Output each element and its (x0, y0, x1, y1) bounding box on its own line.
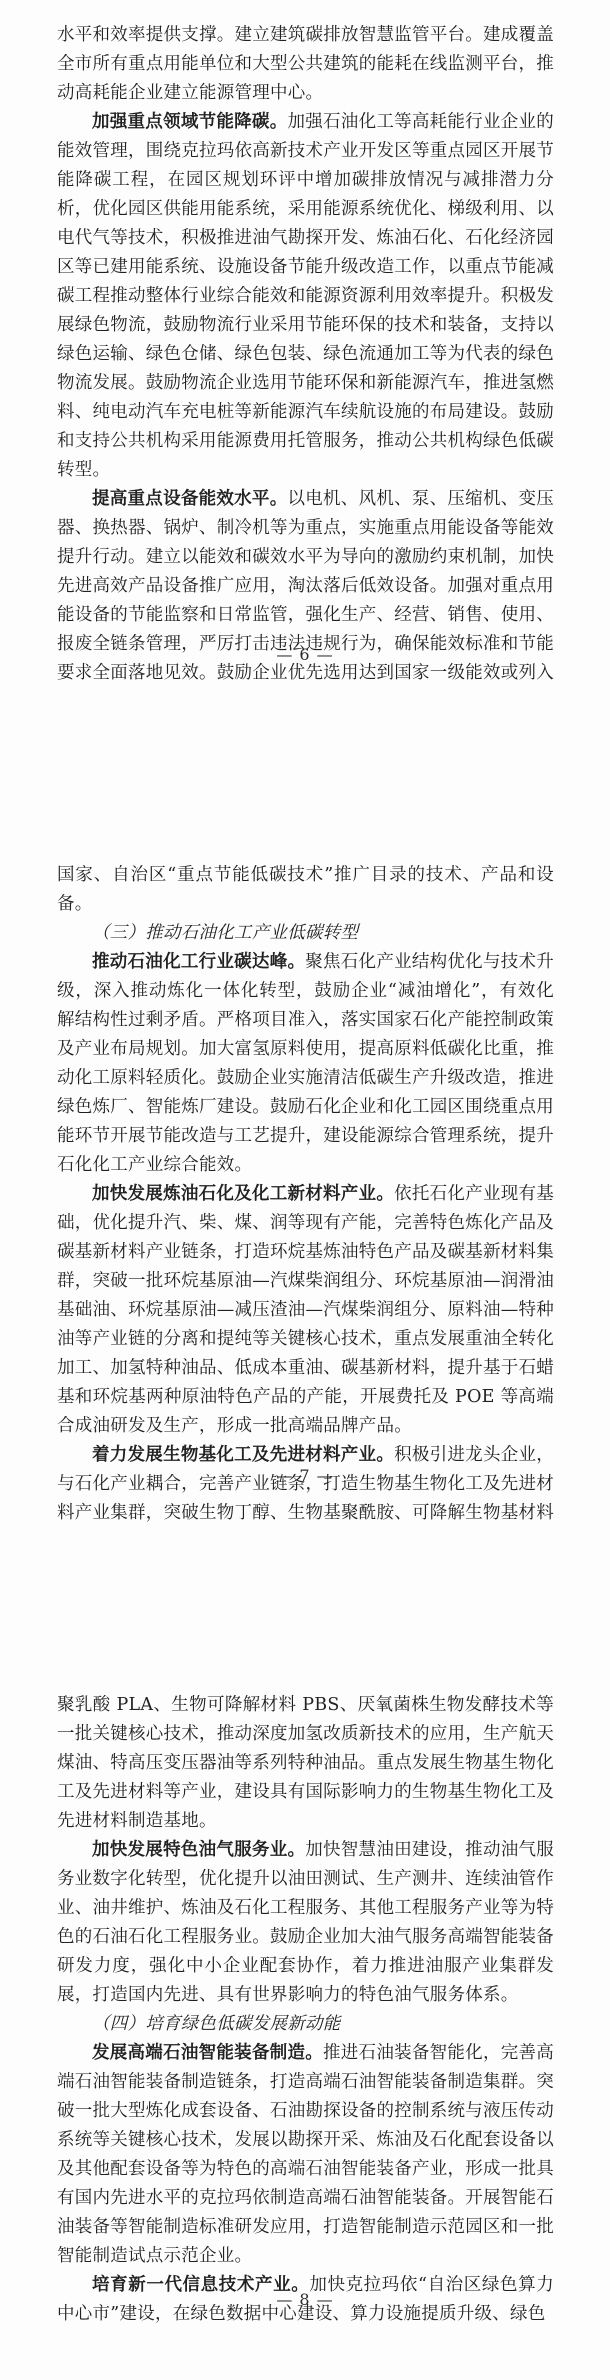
paragraph-text: （四）培育绿色低碳发展新动能 (92, 2014, 341, 2034)
paragraph-lead-bold: 加强重点领域节能降碳。 (92, 112, 287, 132)
paragraph: 水平和效率提供支撑。建立建筑碳排放智慧监管平台。建成覆盖全市所有重点用能单位和大… (57, 21, 554, 108)
paragraph: 国家、自治区“重点节能低碳技术”推广目录的技术、产品和设备。 (57, 861, 554, 919)
document-scroll-view: 水平和效率提供支撑。建立建筑碳排放智慧监管平台。建成覆盖全市所有重点用能单位和大… (0, 0, 610, 2380)
paragraph-text: 依托石化产业现有基础，优化提升汽、柴、煤、润等现有产能，完善特色炼化产品及碳基新… (57, 1184, 554, 1436)
page-7-number: — 7 — (0, 1466, 610, 1485)
paragraph-text: 推进石油装备智能化，完善高端石油智能装备制造链条，打造高端石油智能装备制造集群。… (57, 2043, 554, 2266)
paragraph-text: 水平和效率提供支撑。建立建筑碳排放智慧监管平台。建成覆盖全市所有重点用能单位和大… (57, 25, 554, 103)
paragraph-lead-bold: 推动石油化工行业碳达峰。 (92, 952, 305, 972)
paragraph: 推动石油化工行业碳达峰。聚焦石化产业结构优化与技术升级，深入推动炼化一体化转型，… (57, 948, 554, 1180)
paragraph-lead-bold: 提高重点设备能效水平。 (92, 489, 287, 509)
page-6-number: — 6 — (0, 645, 610, 664)
paragraph-lead-bold: 加快发展特色油气服务业。 (92, 1840, 305, 1860)
paragraph-lead-bold: 发展高端石油智能装备制造。 (92, 2043, 323, 2063)
paragraph-text: 加快智慧油田建设，推动油气服务业数字化转型，优化提升以油田测试、生产测井、连续油… (57, 1840, 554, 2005)
paragraph-text: 聚焦石化产业结构优化与技术升级，深入推动炼化一体化转型，鼓励企业“减油增化”，有… (57, 952, 554, 1175)
page-7-text-block: 国家、自治区“重点节能低碳技术”推广目录的技术、产品和设备。（三）推动石油化工产… (57, 861, 554, 1528)
paragraph-text: 加强石油化工等高耗能行业企业的能效管理，围绕克拉玛依高新技术产业开发区等重点园区… (57, 112, 554, 480)
paragraph: 加强重点领域节能降碳。加强石油化工等高耗能行业企业的能效管理，围绕克拉玛依高新技… (57, 108, 554, 485)
paragraph-text: 国家、自治区“重点节能低碳技术”推广目录的技术、产品和设备。 (57, 865, 554, 914)
page-8-number: — 8 — (0, 2290, 610, 2309)
section-heading: （三）推动石油化工产业低碳转型 (57, 919, 554, 948)
paragraph-lead-bold: 着力发展生物基化工及先进材料产业。 (92, 1445, 394, 1465)
paragraph: 加快发展特色油气服务业。加快智慧油田建设，推动油气服务业数字化转型，优化提升以油… (57, 1836, 554, 2010)
paragraph: 加快发展炼油石化及化工新材料产业。依托石化产业现有基础，优化提升汽、柴、煤、润等… (57, 1180, 554, 1441)
page-6-text-block: 水平和效率提供支撑。建立建筑碳排放智慧监管平台。建成覆盖全市所有重点用能单位和大… (57, 21, 554, 688)
paragraph: 聚乳酸 PLA、生物可降解材料 PBS、厌氧菌株生物发酵技术等一批关键核心技术，… (57, 1691, 554, 1836)
paragraph-lead-bold: 加快发展炼油石化及化工新材料产业。 (92, 1184, 394, 1204)
page-8-text-block: 聚乳酸 PLA、生物可降解材料 PBS、厌氧菌株生物发酵技术等一批关键核心技术，… (57, 1691, 554, 2329)
paragraph: 发展高端石油智能装备制造。推进石油装备智能化，完善高端石油智能装备制造链条，打造… (57, 2039, 554, 2271)
paragraph-text: 聚乳酸 PLA、生物可降解材料 PBS、厌氧菌株生物发酵技术等一批关键核心技术，… (57, 1695, 554, 1831)
section-heading: （四）培育绿色低碳发展新动能 (57, 2010, 554, 2039)
paragraph-text: （三）推动石油化工产业低碳转型 (92, 923, 358, 943)
